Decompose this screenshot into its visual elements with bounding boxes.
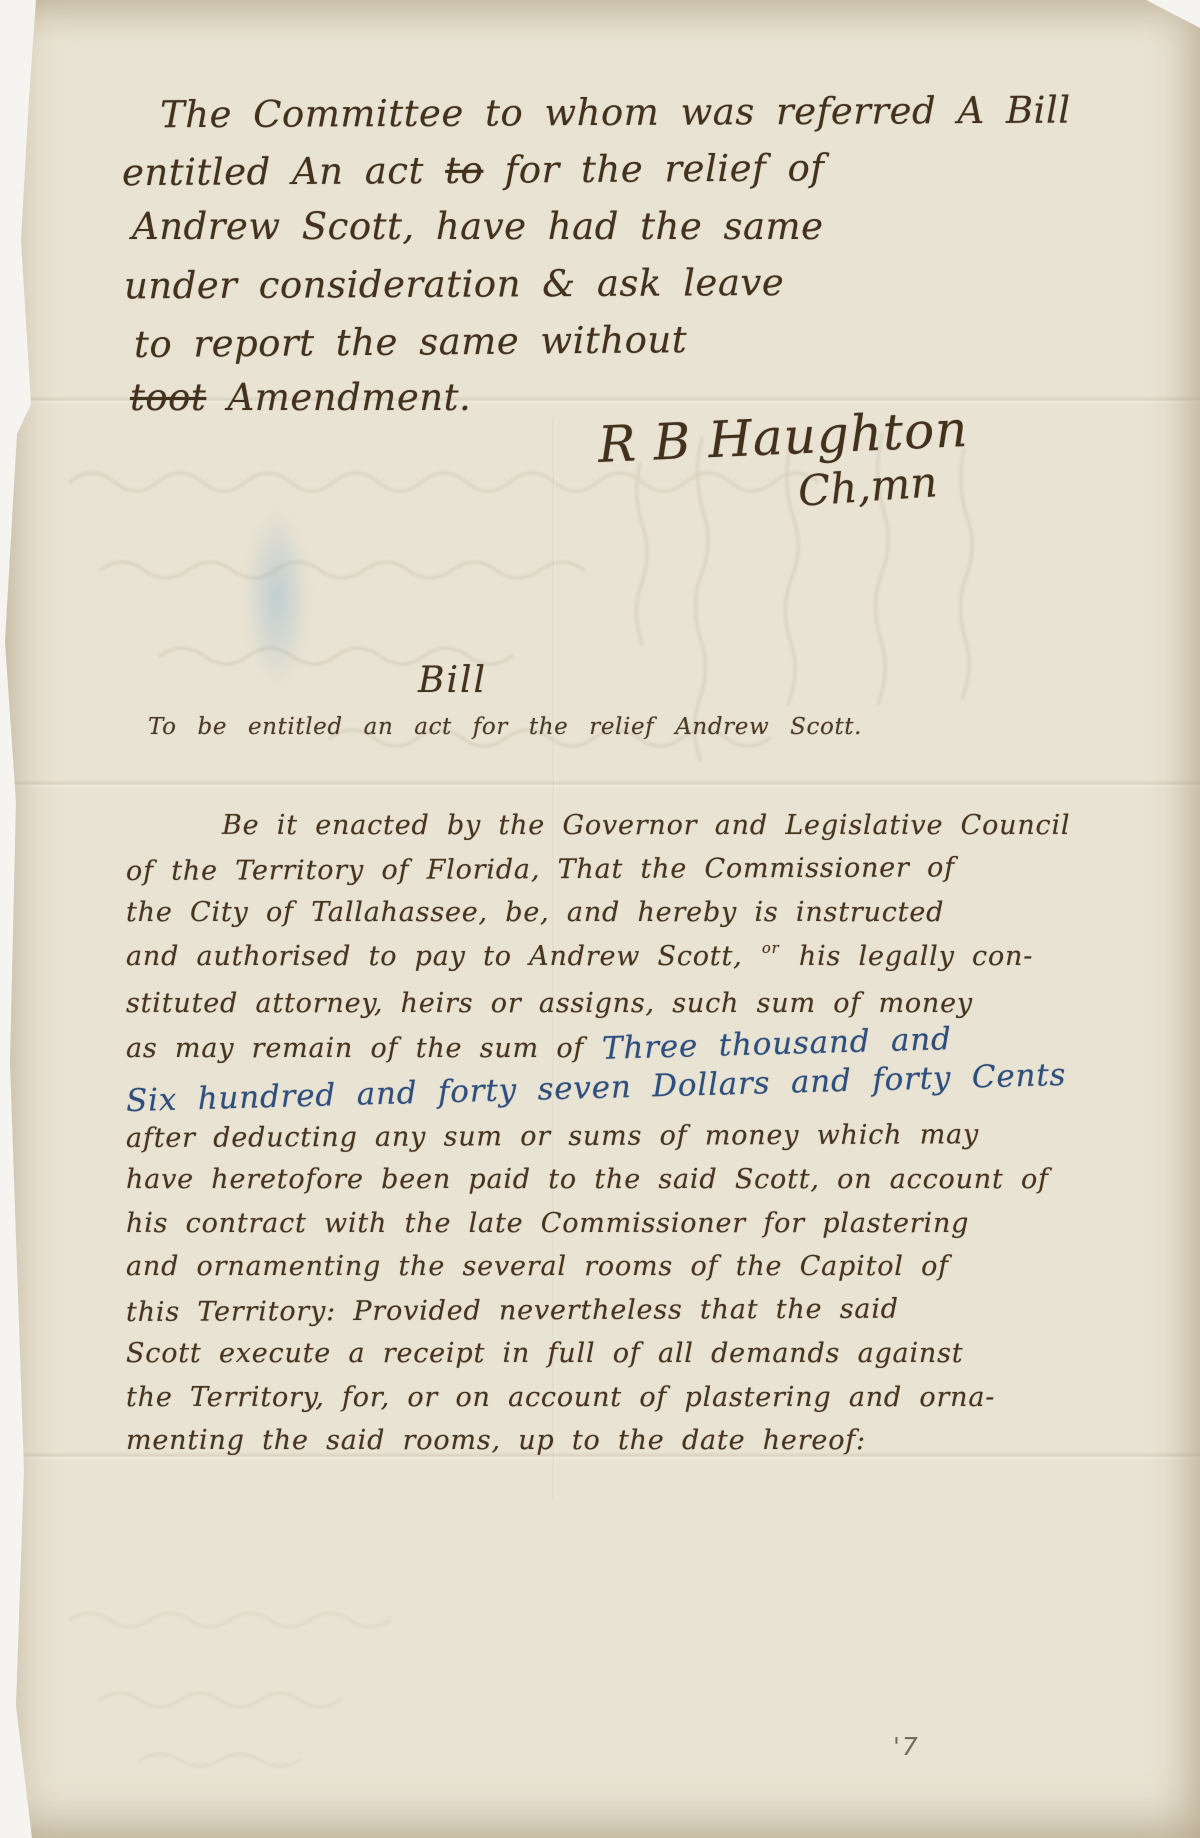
text-segment: as may remain of the sum of [126, 1033, 602, 1064]
signature-title-chairman: Ch,mn [796, 457, 939, 516]
text-segment: the Territory, for, or on account of pla… [126, 1382, 995, 1413]
fold-crease [0, 780, 1200, 788]
page-number-mark: '7 [893, 1732, 920, 1761]
body-line: have heretofore been paid to the said Sc… [126, 1158, 1026, 1202]
text-segment: the City of Tallahassee, be, and hereby … [126, 897, 944, 928]
text-segment: his legally con- [782, 941, 1034, 972]
body-line: Be it enacted by the Governor and Legisl… [126, 804, 1026, 848]
text-segment: for the relief of [483, 146, 824, 191]
body-line: the City of Tallahassee, be, and hereby … [126, 891, 1026, 935]
text-segment: and ornamenting the several rooms of the… [126, 1251, 949, 1282]
body-line: menting the said rooms, up to the date h… [126, 1419, 1026, 1463]
body-line: after deducting any sum or sums of money… [126, 1113, 1026, 1160]
report-line: entitled An act to for the relief of [122, 138, 1042, 201]
report-line: The Committee to whom was referred A Bil… [160, 82, 1042, 144]
manuscript-page: The Committee to whom was referred A Bil… [0, 0, 1200, 1838]
body-line: Scott execute a receipt in full of all d… [126, 1332, 1026, 1376]
text-segment: The Committee to whom was referred A Bil… [160, 89, 1071, 137]
text-segment: stituted attorney, heirs or assigns, suc… [126, 988, 973, 1019]
bill-body-paragraph: Be it enacted by the Governor and Legisl… [126, 804, 1026, 1463]
body-line: and ornamenting the several rooms of the… [126, 1245, 1026, 1289]
body-line: Six hundred and forty seven Dollars and … [126, 1070, 1026, 1115]
struck-word: to [445, 149, 483, 192]
text-segment: after deducting any sum or sums of money… [126, 1119, 979, 1154]
body-line: of the Territory of Florida, That the Co… [126, 846, 1026, 893]
inserted-word: or [762, 927, 780, 971]
blue-ink-smudge [244, 508, 310, 686]
body-line: this Territory: Provided nevertheless th… [126, 1287, 1026, 1334]
text-segment: this Territory: Provided nevertheless th… [126, 1293, 899, 1327]
text-segment: Scott execute a receipt in full of all d… [126, 1338, 963, 1369]
text-segment: entitled An act [122, 149, 445, 194]
text-segment: to report the same without [134, 318, 687, 366]
body-line: his contract with the late Commissioner … [126, 1202, 1026, 1246]
struck-word: toot [130, 376, 206, 419]
text-segment: of the Territory of Florida, That the Co… [126, 852, 955, 887]
text-segment: and authorised to pay to Andrew Scott, [126, 941, 760, 972]
text-segment: Amendment. [206, 376, 471, 419]
bill-caption: To be entitled an act for the relief And… [148, 714, 862, 740]
committee-report-paragraph: The Committee to whom was referred A Bil… [122, 84, 1042, 426]
text-segment: his contract with the late Commissioner … [126, 1208, 969, 1239]
report-line: under consideration & ask leave [124, 253, 1042, 315]
bill-heading: Bill [418, 660, 487, 701]
text-segment: under consideration & ask leave [124, 261, 784, 307]
text-segment: Be it enacted by the Governor and Legisl… [222, 810, 1070, 841]
document-scan: The Committee to whom was referred A Bil… [0, 0, 1200, 1838]
body-line: the Territory, for, or on account of pla… [126, 1376, 1026, 1420]
text-segment: have heretofore been paid to the said Sc… [126, 1164, 1049, 1195]
report-line: to report the same without [134, 308, 1042, 373]
text-segment: Andrew Scott, have had the same [132, 205, 824, 248]
text-segment: menting the said rooms, up to the date h… [126, 1425, 866, 1456]
report-line: Andrew Scott, have had the same [132, 198, 1042, 255]
bleed-through-texture-lower [50, 1560, 480, 1780]
body-line: and authorised to pay to Andrew Scott, o… [126, 935, 1026, 983]
